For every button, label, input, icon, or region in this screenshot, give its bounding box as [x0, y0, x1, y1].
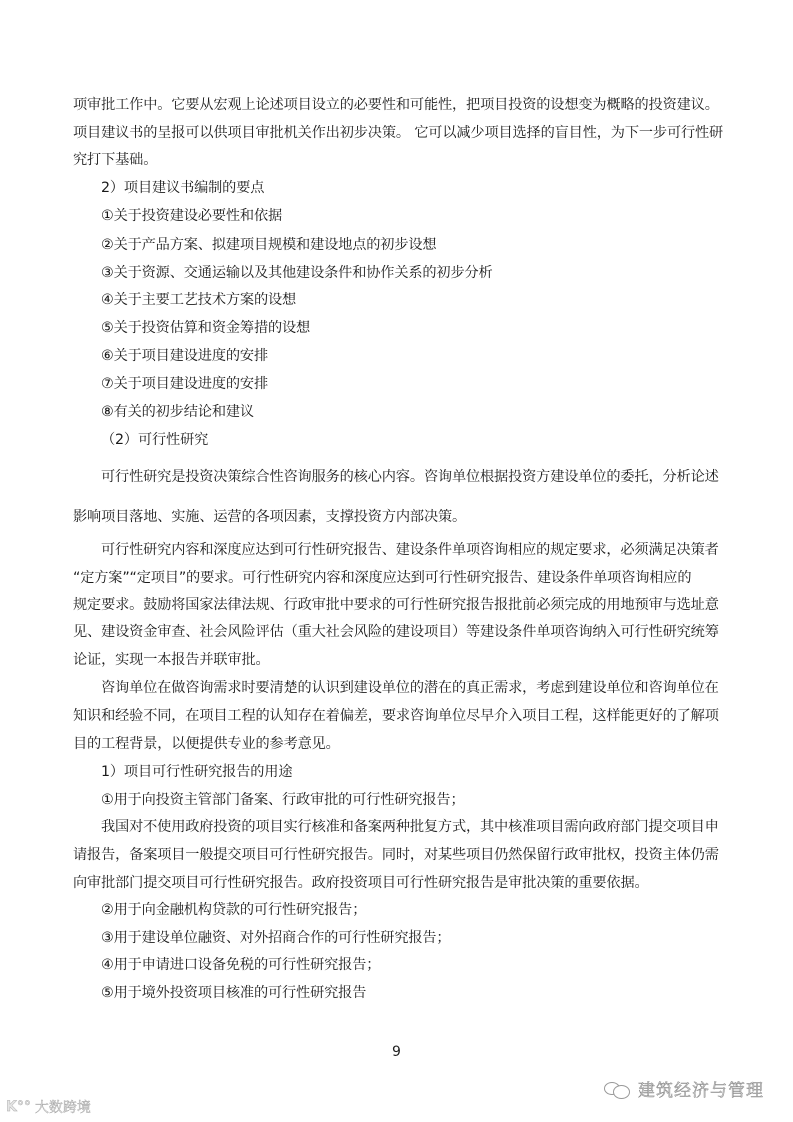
- text-line: 可行性研究内容和深度应达到可行性研究报告、建设条件单项咨询相应的规定要求，必须满…: [101, 541, 761, 559]
- text-line: ③关于资源、交通运输以及其他建设条件和协作关系的初步分析: [101, 264, 761, 282]
- watermark-account-name: 建筑经济与管理: [638, 1076, 764, 1101]
- text-line: ⑥关于项目建设进度的安排: [101, 347, 761, 365]
- source-logo-icon: K°°: [6, 1099, 31, 1115]
- text-line: 请报告，备案项目一般提交项目可行性研究报告。同时，对某些项目仍然保留行政审批权，…: [73, 846, 733, 864]
- watermark-source-name: 大数跨境: [35, 1097, 91, 1117]
- text-line: 究打下基础。: [73, 151, 733, 169]
- text-line: 2）项目建议书编制的要点: [101, 179, 761, 197]
- watermark-wechat-account: 建筑经济与管理: [602, 1076, 764, 1101]
- text-line: ①用于向投资主管部门备案、行政审批的可行性研究报告；: [101, 791, 761, 809]
- text-line: 1）项目可行性研究报告的用途: [101, 763, 761, 781]
- text-line: 向审批部门提交项目可行性研究报告。政府投资项目可行性研究报告是审批决策的重要依据…: [73, 874, 733, 892]
- text-line: （2）可行性研究: [101, 431, 761, 449]
- text-line: ⑦关于项目建设进度的安排: [101, 375, 761, 393]
- text-line: ②关于产品方案、拟建项目规模和建设地点的初步设想: [101, 236, 761, 254]
- text-line: 影响项目落地、实施、运营的各项因素，支撑投资方内部决策。: [73, 508, 733, 526]
- text-line: 论证，实现一本报告并联审批。: [73, 651, 733, 669]
- text-line: ⑤用于境外投资项目核准的可行性研究报告: [101, 984, 761, 1002]
- text-line: “定方案”“定项目”的要求。可行性研究内容和深度应达到可行性研究报告、建设条件单…: [73, 569, 733, 587]
- watermark-source: K°° 大数跨境: [6, 1097, 91, 1117]
- text-line: ③用于建设单位融资、对外招商合作的可行性研究报告；: [101, 929, 761, 947]
- text-line: ⑤关于投资估算和资金筹措的设想: [101, 319, 761, 337]
- text-line: ②用于向金融机构贷款的可行性研究报告；: [101, 901, 761, 919]
- text-line: 我国对不使用政府投资的项目实行核准和备案两种批复方式，其中核准项目需向政府部门提…: [101, 818, 761, 836]
- text-line: ①关于投资建设必要性和依据: [101, 207, 761, 225]
- text-line: 规定要求。鼓励将国家法律法规、行政审批中要求的可行性研究报告报批前必须完成的用地…: [73, 596, 733, 614]
- text-line: ④关于主要工艺技术方案的设想: [101, 291, 761, 309]
- text-line: ④用于申请进口设备免税的可行性研究报告；: [101, 956, 761, 974]
- text-line: ⑧有关的初步结论和建议: [101, 403, 761, 421]
- text-line: 咨询单位在做咨询需求时要清楚的认识到建设单位的潜在的真正需求，考虑到建设单位和咨…: [101, 679, 761, 697]
- text-line: 项目建议书的呈报可以供项目审批机关作出初步决策。 它可以减少项目选择的盲目性，为…: [73, 124, 733, 142]
- document-page: 项审批工作中。它要从宏观上论述项目设立的必要性和可能性，把项目投资的设想变为概略…: [0, 0, 793, 1122]
- text-line: 项审批工作中。它要从宏观上论述项目设立的必要性和可能性，把项目投资的设想变为概略…: [73, 96, 733, 114]
- text-line: 见、建设资金审查、社会风险评估（重大社会风险的建设项目）等建设条件单项咨询纳入可…: [73, 623, 733, 641]
- text-line: 可行性研究是投资决策综合性咨询服务的核心内容。咨询单位根据投资方建设单位的委托，…: [101, 468, 761, 486]
- text-line: 目的工程背景，以便提供专业的参考意见。: [73, 735, 733, 753]
- wechat-icon: [602, 1079, 632, 1099]
- page-number: 9: [0, 1044, 793, 1060]
- text-line: 知识和经验不同，在项目工程的认知存在着偏差，要求咨询单位尽早介入项目工程，这样能…: [73, 707, 733, 725]
